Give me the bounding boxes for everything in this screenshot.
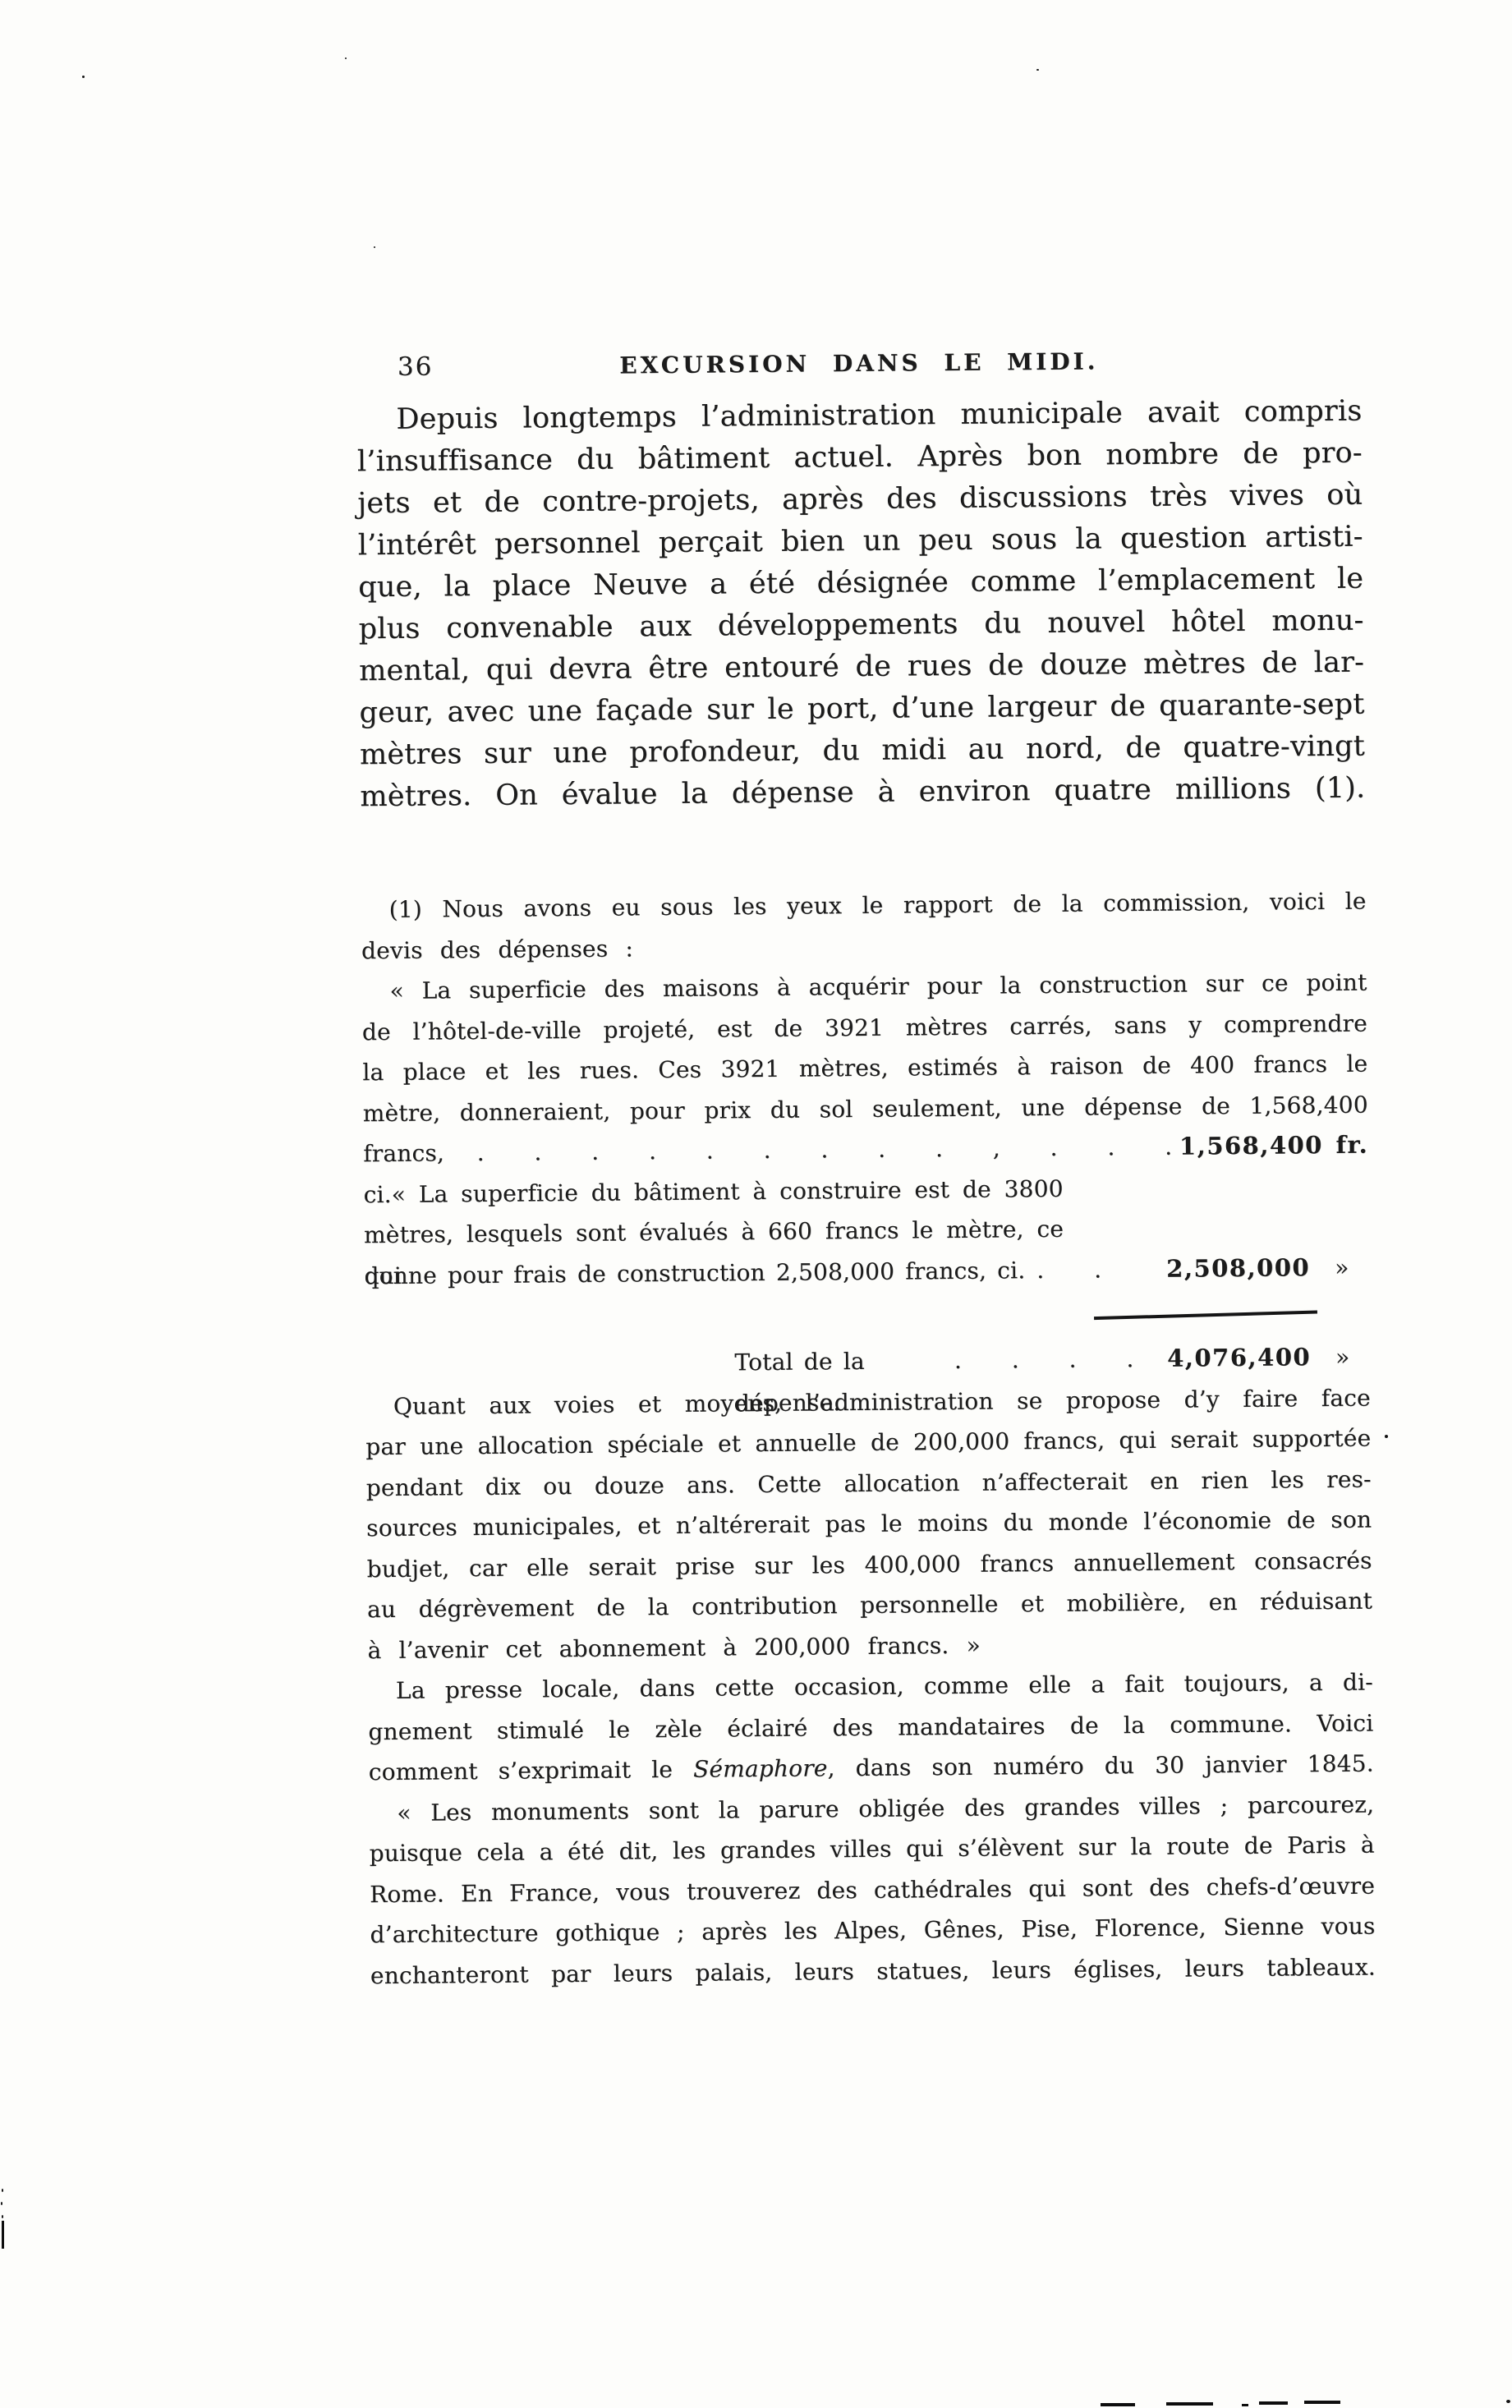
main-paragraph: Depuis longtemps l’administration munici…: [356, 391, 1365, 819]
scan-speck: [1036, 69, 1039, 71]
devis-amount: 2,508,000: [1166, 1248, 1310, 1289]
scan-edge-line-artifact: [2, 2221, 4, 2249]
sum-rule: [1094, 1311, 1317, 1320]
scan-bottom-dash-artifact: [1101, 2403, 1135, 2406]
book-page: 36 EXCURSION DANS LE MIDI. Depuis longte…: [0, 0, 1512, 2408]
page-content: 36 EXCURSION DANS LE MIDI. Depuis longte…: [353, 0, 1358, 4]
press-text-after: , dans son numéro du 30 janvier 1845.: [827, 1750, 1373, 1782]
footnote-line: mètres, lesquels sont évalués à 660 fran…: [364, 1209, 1064, 1256]
scan-speck: [1506, 2400, 1510, 2403]
total-amount: 4,076,400: [1167, 1337, 1311, 1379]
devis-amount: 1,568,400 fr.: [1179, 1125, 1369, 1168]
scan-speck: [1, 2202, 2, 2205]
devis-row-label: donne pour frais de construction 2,508,0…: [364, 1250, 1025, 1297]
footnote-line: « La superficie du bâtiment à construire…: [363, 1168, 1063, 1215]
scan-speck: [1385, 1435, 1388, 1438]
scan-speck: [554, 1730, 557, 1733]
scan-speck: [2, 2189, 3, 2192]
dot-leader: . . . . . . . . . , . . . . .: [465, 1127, 1179, 1174]
scan-bottom-dash-artifact: [1242, 2404, 1248, 2406]
dot-leader: . . . . .: [943, 1339, 1168, 1381]
sum-rule-row: [365, 1288, 1370, 1346]
scan-speck: [2, 2215, 3, 2218]
scan-speck: [82, 76, 85, 78]
scan-bottom-dash-artifact: [1259, 2401, 1288, 2405]
scan-bottom-dash-artifact: [1166, 2402, 1213, 2406]
running-head: 36 EXCURSION DANS LE MIDI.: [356, 341, 1362, 386]
repeat-mark: »: [1335, 1337, 1350, 1378]
text-line: mètres. On évalue la dépense à environ q…: [360, 768, 1365, 819]
dot-leader: . .: [1025, 1248, 1166, 1290]
repeat-mark: »: [1335, 1247, 1349, 1288]
scan-speck: [374, 246, 375, 248]
semaphore-journal-name: Sémaphore: [693, 1754, 828, 1782]
scan-bottom-dash-artifact: [1304, 2401, 1340, 2404]
footnote: (1) Nous avons eu sous les yeux le rappo…: [361, 881, 1376, 1997]
footnote-line: enchanteront par leurs palais, leurs sta…: [370, 1946, 1376, 1996]
scan-speck: [345, 57, 347, 59]
devis-row-sol: francs, ci. . . . . . . . . . , . . . . …: [363, 1125, 1368, 1174]
running-header-title: EXCURSION DANS LE MIDI.: [356, 346, 1362, 382]
press-text-before: comment s’exprimait le: [369, 1756, 694, 1785]
